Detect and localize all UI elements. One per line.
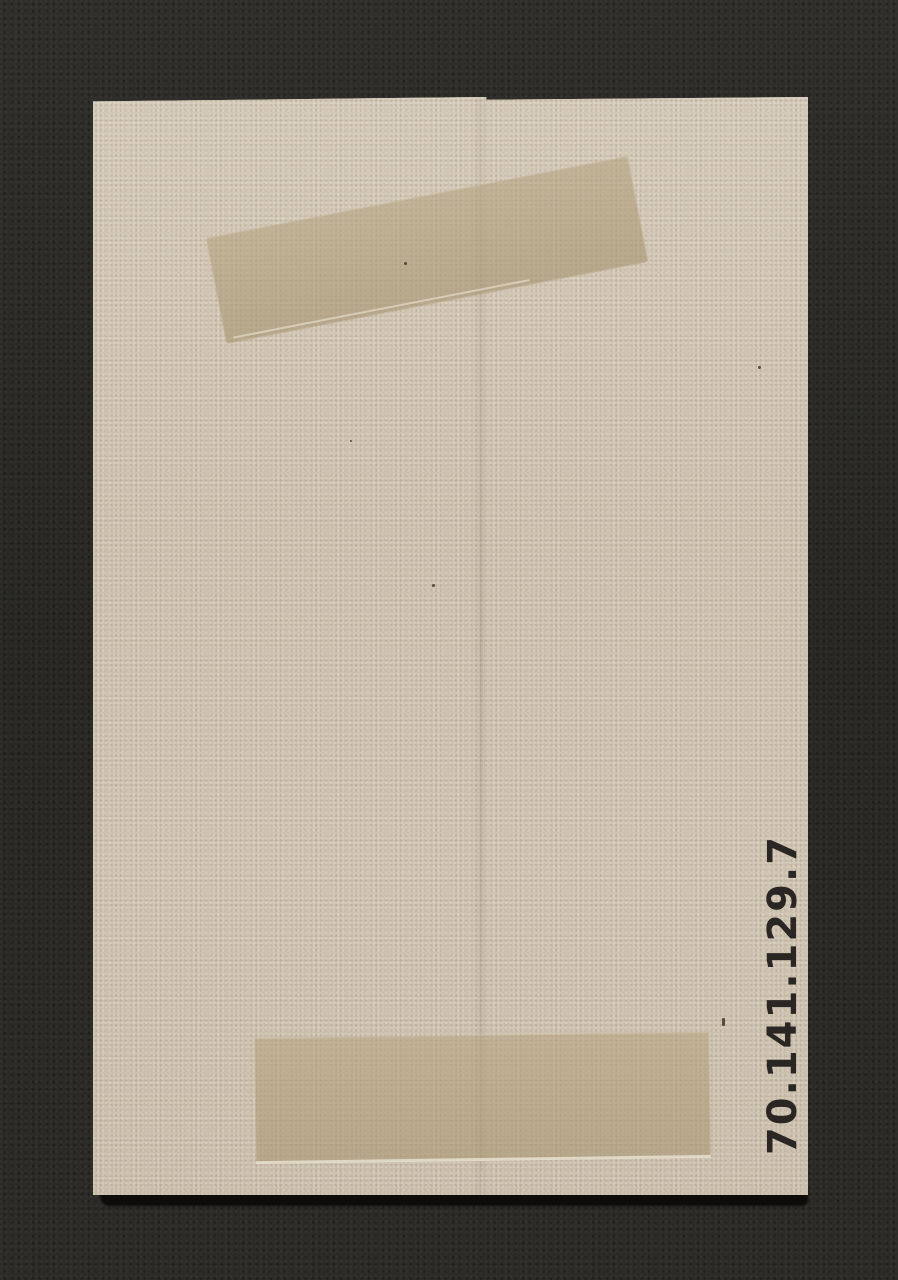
accession-number: 70.141.129.7 <box>760 835 806 1155</box>
paper-speck <box>432 584 435 587</box>
paper-speck <box>350 440 352 442</box>
paper-speck <box>758 366 761 369</box>
ink-mark <box>722 1018 725 1026</box>
paper-speck <box>404 262 407 265</box>
tape-strip-bottom <box>254 1032 711 1164</box>
